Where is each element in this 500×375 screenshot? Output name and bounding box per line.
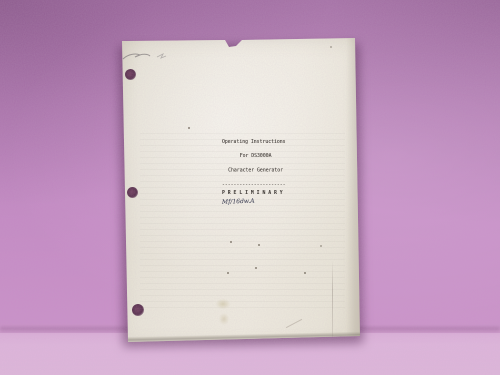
punch-hole-middle [127, 187, 138, 198]
stain-mark [217, 311, 231, 327]
speck [304, 272, 306, 274]
speck [227, 272, 229, 274]
speck [255, 267, 257, 269]
cover-divider-dashes: ---------------------- [222, 182, 286, 187]
speck [320, 245, 322, 247]
stain-mark [213, 297, 233, 311]
pencil-scribble [120, 48, 168, 66]
punch-hole-top [125, 69, 136, 80]
speck [258, 244, 260, 246]
cover-title-line-3: Character Generator [222, 167, 289, 172]
manual-cover: Operating Instructions For DS3000A Chara… [115, 35, 365, 350]
punch-hole-bottom [132, 304, 144, 316]
cover-title-line-2: For DS3000A [222, 153, 289, 158]
speck [230, 241, 232, 243]
handwritten-note: Mf/16dw.A [222, 198, 255, 206]
cover-text-block: Operating Instructions For DS3000A Chara… [222, 139, 289, 211]
crease-line [332, 260, 333, 338]
photo-of-manual: Operating Instructions For DS3000A Chara… [0, 0, 500, 375]
cover-title-line-1: Operating Instructions [222, 139, 286, 144]
speck [188, 127, 190, 129]
preliminary-status: P R E L I M I N A R Y [222, 190, 283, 195]
speck [330, 46, 332, 48]
